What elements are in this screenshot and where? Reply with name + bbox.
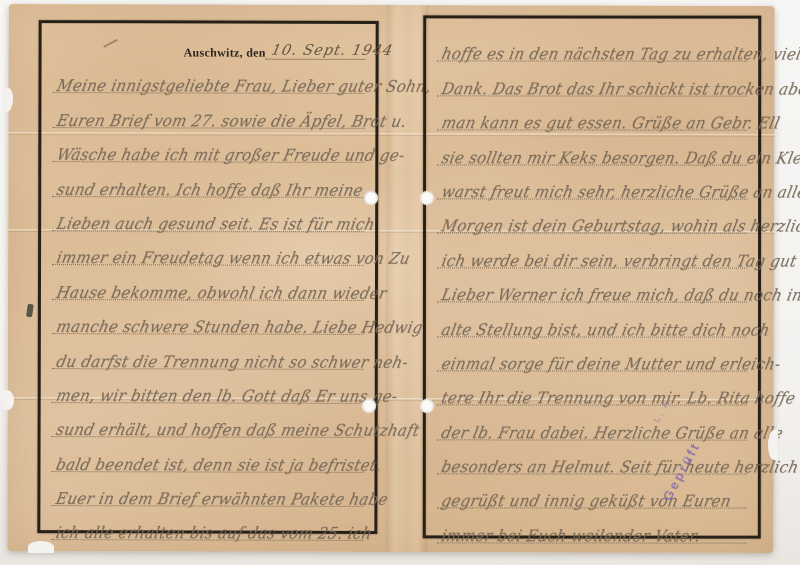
handwriting-text: immer bei Euch weilender Vater.: [440, 528, 702, 544]
punch-hole: [420, 399, 434, 413]
handwriting-text: immer ein Freudetag wenn ich etwas von Z…: [55, 250, 412, 267]
handwriting-text: Lieben auch gesund seit. Es ist für mich: [55, 216, 376, 233]
edge-dark-mark: [26, 304, 34, 318]
handwriting-text: warst freut mich sehr, herzliche Grüße a…: [440, 184, 800, 201]
handwriting-text: Lieber Werner ich freue mich, daß du noc…: [440, 287, 800, 304]
right-page-frame: hoffe es in den nächsten Tag zu erhalten…: [423, 15, 761, 538]
handwriting-line: einmal sorge für deine Mutter und erleic…: [437, 337, 747, 372]
handwriting-text: einmal sorge für deine Mutter und erleic…: [440, 356, 782, 372]
handwriting-line: Lieben auch gesund seit. Es ist für mich: [52, 197, 364, 232]
handwriting-line: sund erhält, und hoffen daß meine Schutz…: [52, 403, 364, 438]
letter-header: Auschwitz, den 10. Sept. 1944: [52, 37, 366, 60]
handwriting-line: Euren Brief vom 27. sowie die Äpfel, Bro…: [52, 94, 364, 129]
torn-edge-notch: [768, 430, 778, 460]
handwriting-line: warst freut mich sehr, herzliche Grüße a…: [437, 165, 747, 200]
handwriting-line: gegrüßt und innig geküßt von Euren: [437, 474, 747, 509]
handwriting-text: der lb. Frau dabei. Herzliche Grüße an a…: [440, 425, 785, 441]
handwriting-text: sund erhalten. Ich hoffe daß Ihr meine: [55, 181, 364, 198]
handwriting-line: ich werde bei dir sein, verbringt den Ta…: [437, 234, 747, 269]
handwriting-text: Euren Brief vom 27. sowie die Äpfel, Bro…: [55, 113, 408, 130]
right-page-lines: hoffe es in den nächsten Tag zu erhalten…: [437, 27, 747, 543]
handwriting-text: men, wir bitten den lb. Gott daß Er uns …: [55, 388, 399, 405]
date-rule-line: 10. Sept. 1944: [266, 37, 366, 60]
handwriting-text: gegrüßt und innig geküßt von Euren: [440, 494, 733, 510]
handwriting-text: manche schwere Stunden habe. Liebe Hedwi…: [55, 319, 424, 336]
torn-edge-notch: [28, 541, 54, 553]
handwriting-line: Dank. Das Brot das Ihr schickt ist trock…: [437, 62, 747, 97]
handwriting-line: men, wir bitten den lb. Gott daß Er uns …: [52, 369, 364, 404]
handwriting-text: bald beendet ist, denn sie ist ja befris…: [54, 457, 383, 474]
handwriting-line: sie sollten mir Keks besorgen. Daß du ei…: [437, 131, 747, 166]
handwriting-text: Dank. Das Brot das Ihr schickt ist trock…: [440, 81, 800, 98]
handwriting-text: sund erhält, und hoffen daß meine Schutz…: [55, 422, 422, 439]
punch-hole: [362, 399, 376, 413]
handwriting-text: man kann es gut essen. Grüße an Gebr. El…: [440, 115, 781, 131]
handwriting-line: manche schwere Stunden habe. Liebe Hedwi…: [52, 300, 364, 335]
handwriting-text: Hause bekomme, obwohl ich dann wieder: [55, 285, 388, 302]
handwriting-line: hoffe es in den nächsten Tag zu erhalten…: [437, 27, 747, 62]
letter-scan: Auschwitz, den 10. Sept. 1944 Meine inni…: [0, 0, 800, 565]
paper-sheet: Auschwitz, den 10. Sept. 1944 Meine inni…: [7, 4, 774, 553]
handwriting-line: ich alle erhalten bis auf das vom 25. ic…: [51, 506, 363, 541]
punch-hole: [364, 191, 378, 205]
handwriting-line: sund erhalten. Ich hoffe daß Ihr meine: [52, 162, 364, 197]
handwriting-line: alte Stellung bist, und ich bitte dich n…: [437, 303, 747, 338]
handwriting-text: Meine innigstgeliebte Frau, Lieber guter…: [55, 78, 432, 95]
handwriting-line: bald beendet ist, denn sie ist ja befris…: [51, 437, 363, 472]
handwriting-line: tere Ihr die Trennung von mir. Lb. Rita …: [437, 371, 747, 406]
handwriting-text: sie sollten mir Keks besorgen. Daß du ei…: [440, 150, 800, 167]
handwriting-line: immer ein Freudetag wenn ich etwas von Z…: [52, 231, 364, 266]
handwriting-line: immer bei Euch weilender Vater.: [437, 509, 747, 544]
handwriting-text: ich werde bei dir sein, verbringt den Ta…: [440, 253, 798, 270]
handwriting-text: hoffe es in den nächsten Tag zu erhalten…: [440, 47, 800, 64]
handwriting-line: besonders an Helmut. Seit für heute herz…: [437, 440, 747, 475]
handwriting-line: Lieber Werner ich freue mich, daß du noc…: [437, 268, 747, 303]
handwritten-date: 10. Sept. 1944: [270, 43, 395, 59]
handwriting-line: Wäsche habe ich mit großer Freude und ge…: [52, 128, 364, 163]
left-page-frame: Auschwitz, den 10. Sept. 1944 Meine inni…: [37, 20, 378, 534]
handwriting-line: Hause bekomme, obwohl ich dann wieder: [52, 265, 364, 300]
handwriting-text: besonders an Helmut. Seit für heute herz…: [440, 459, 800, 476]
printed-place-label: Auschwitz, den: [184, 46, 266, 59]
handwriting-text: ich alle erhalten bis auf das vom 25. ic…: [54, 525, 373, 542]
left-page-lines: Meine innigstgeliebte Frau, Lieber guter…: [51, 59, 364, 541]
handwriting-text: Wäsche habe ich mit großer Freude und ge…: [55, 147, 406, 164]
handwriting-text: du darfst die Trennung nicht so schwer n…: [55, 353, 410, 370]
handwriting-line: Meine innigstgeliebte Frau, Lieber guter…: [52, 59, 364, 94]
punch-hole: [420, 191, 434, 205]
handwriting-line: der lb. Frau dabei. Herzliche Grüße an a…: [437, 406, 747, 441]
handwriting-text: alte Stellung bist, und ich bitte dich n…: [440, 322, 771, 338]
handwriting-line: man kann es gut essen. Grüße an Gebr. El…: [437, 96, 747, 131]
handwriting-text: Morgen ist dein Geburtstag, wohin als he…: [440, 219, 800, 236]
handwriting-line: Morgen ist dein Geburtstag, wohin als he…: [437, 199, 747, 234]
handwriting-text: Euer in dem Brief erwähnten Pakete habe: [54, 491, 389, 508]
handwriting-line: du darfst die Trennung nicht so schwer n…: [52, 334, 364, 369]
handwriting-text: tere Ihr die Trennung von mir. Lb. Rita …: [440, 390, 797, 407]
handwriting-line: Euer in dem Brief erwähnten Pakete habe: [51, 472, 363, 507]
